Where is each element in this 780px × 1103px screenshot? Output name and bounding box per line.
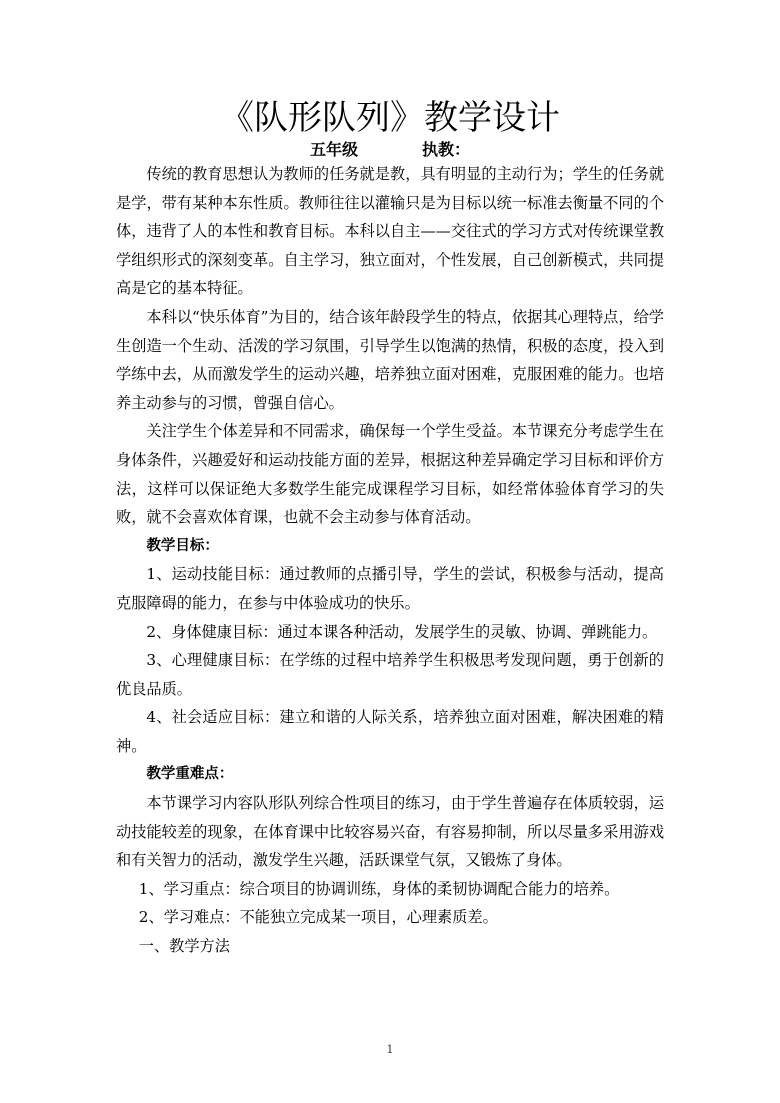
- document-subtitle: 五年级执教：: [0, 140, 780, 160]
- intro-paragraph-3: 关注学生个体差异和不同需求，确保每一个学生受益。本节课充分考虑学生在身体条件，兴…: [116, 417, 664, 531]
- method-heading: 一、教学方法: [116, 932, 664, 961]
- objective-item-4: 4、社会适应目标：建立和谐的人际关系，培养独立面对困难，解决困难的精神。: [116, 703, 664, 760]
- intro-paragraph-1: 传统的教育思想认为教师的任务就是教，具有明显的主动行为；学生的任务就是学，带有某…: [116, 160, 664, 303]
- intro-paragraph-2: 本科以“快乐体育”为目的，结合该年龄段学生的特点，依据其心理特点，给学生创造一个…: [116, 303, 664, 417]
- objective-item-3: 3、心理健康目标：在学练的过程中培养学生积极思考发现问题，勇于创新的优良品质。: [116, 646, 664, 703]
- teacher-label: 执教：: [422, 140, 470, 159]
- objective-item-1: 1、运动技能目标：通过教师的点播引导，学生的尝试，积极参与活动，提高克服障碍的能…: [116, 560, 664, 617]
- grade-label: 五年级: [310, 140, 358, 159]
- document-body: 传统的教育思想认为教师的任务就是教，具有明显的主动行为；学生的任务就是学，带有某…: [116, 160, 664, 961]
- objectives-heading: 教学目标：: [116, 532, 664, 561]
- key-point-item-2: 2、学习难点：不能独立完成某一项目，心理素质差。: [116, 903, 664, 932]
- key-points-paragraph: 本节课学习内容队形队列综合性项目的练习，由于学生普遍存在体质较弱，运动技能较差的…: [116, 789, 664, 875]
- key-point-item-1: 1、学习重点：综合项目的协调训练，身体的柔韧协调配合能力的培养。: [116, 875, 664, 904]
- document-page: 《队形队列》教学设计 五年级执教： 传统的教育思想认为教师的任务就是教，具有明显…: [0, 0, 780, 1103]
- document-title: 《队形队列》教学设计: [0, 98, 780, 138]
- objective-item-2: 2、身体健康目标：通过本课各种活动，发展学生的灵敏、协调、弹跳能力。: [116, 618, 664, 647]
- page-number: 1: [0, 1043, 780, 1056]
- key-points-heading: 教学重难点：: [116, 760, 664, 789]
